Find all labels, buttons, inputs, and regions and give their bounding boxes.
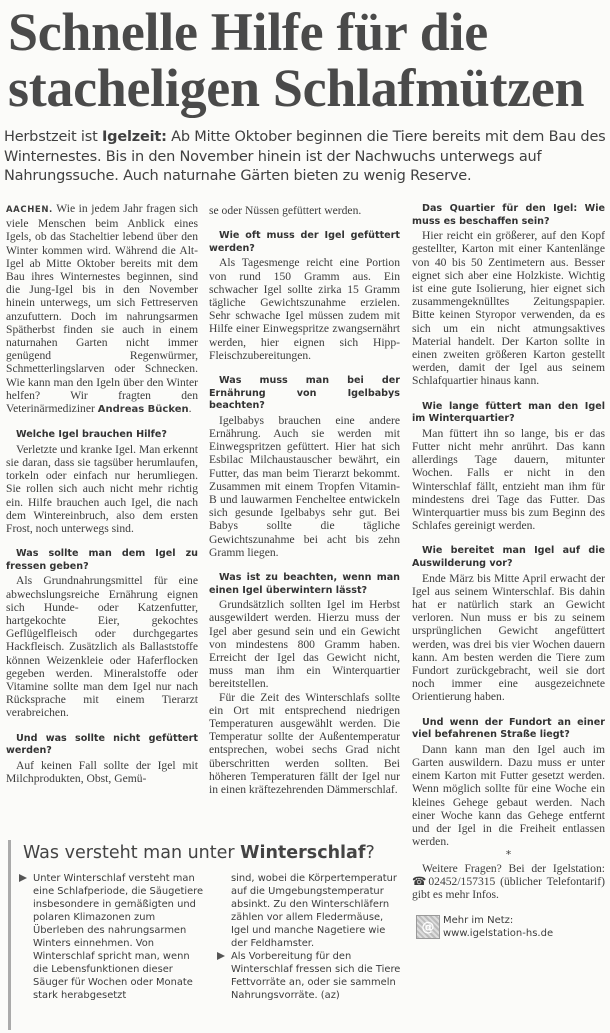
question-heading: Was muss man bei der Ernährung von Igelb…: [209, 375, 400, 413]
answer-paragraph: Auf keinen Fall sollte der Igel mit Milc…: [6, 759, 198, 785]
question-heading: Wie bereitet man Igel auf die Auswilderu…: [412, 545, 605, 570]
infobox-column-1: Unter Winterschlaf versteht man eine Sch…: [19, 872, 207, 1002]
web-label: Mehr im Netz:: [443, 914, 553, 927]
web-link-text: Mehr im Netz: www.igelstation-hs.de: [443, 914, 553, 940]
answer-paragraph: Igelbabys brauchen eine andere Ernährung…: [209, 414, 400, 559]
question-heading: Welche Igel brauchen Hilfe?: [6, 429, 198, 442]
contact-info: Weitere Fragen? Bei der Igelstation: ☎02…: [412, 862, 605, 902]
infobox-title-bold: Winterschlaf: [240, 843, 365, 863]
web-link-block: @ Mehr im Netz: www.igelstation-hs.de: [412, 913, 605, 943]
infobox-bullet-continued: sind, wobei die Körpertemperatur auf die…: [217, 872, 402, 950]
question-heading: Wie oft muss der Igel gefüttert werden?: [209, 230, 400, 255]
column-2: se oder Nüssen gefüttert werden. Wie oft…: [209, 204, 400, 796]
lead-paragraph: Herbstzeit ist Igelzeit: Ab Mitte Oktobe…: [4, 128, 608, 187]
answer-paragraph-continued: se oder Nüssen gefüttert werden.: [209, 204, 400, 217]
dateline: AACHEN.: [6, 205, 53, 215]
answer-paragraph: Man füttert ihn so lange, bis er das Fut…: [412, 427, 605, 533]
lead-bold: Igelzeit:: [102, 129, 167, 145]
intro-text: Wie in jedem Jahr fragen sich viele Mens…: [6, 202, 198, 415]
question-heading: Und wenn der Fundort an einer viel befah…: [412, 717, 605, 742]
bullet-text: Unter Winterschlaf versteht man eine Sch…: [33, 873, 203, 1001]
at-sign-icon: @: [416, 915, 440, 939]
answer-paragraph: Dann kann man den Igel auch im Garten au…: [412, 743, 605, 849]
answer-paragraph: Hier reicht ein größerer, auf den Kopf g…: [412, 229, 605, 387]
answer-paragraph: Für die Zeit des Winterschlafs sollte ei…: [209, 691, 400, 797]
intro-paragraph: AACHEN. Wie in jedem Jahr fragen sich vi…: [6, 202, 198, 416]
bullet-text: Als Vorbereitung für den Winterschlaf fr…: [231, 951, 400, 1001]
infobox-title-text: Was versteht man unter: [23, 843, 240, 863]
infobox-title-end: ?: [365, 843, 374, 863]
answer-paragraph: Ende März bis Mitte April erwacht der Ig…: [412, 572, 605, 704]
lead-text: Herbstzeit ist: [4, 129, 102, 145]
question-heading: Das Quartier für den Igel: Wie muss es b…: [412, 203, 605, 228]
question-heading: Und was sollte nicht gefüttert werden?: [6, 733, 198, 758]
headline: Schnelle Hilfe für die stacheligen Schla…: [8, 4, 608, 116]
question-heading: Was ist zu beachten, wenn man einen Igel…: [209, 572, 400, 597]
intro-end: .: [189, 402, 192, 415]
web-url[interactable]: www.igelstation-hs.de: [443, 927, 553, 940]
column-3: Das Quartier für den Igel: Wie muss es b…: [412, 190, 605, 943]
infobox-column-2: sind, wobei die Körpertemperatur auf die…: [217, 872, 402, 1002]
author-name: Andreas Bücken: [98, 404, 189, 415]
winterschlaf-infobox: Was versteht man unter Winterschlaf? Unt…: [8, 840, 405, 1030]
bullet-triangle-icon: [217, 952, 225, 960]
question-heading: Was sollte man dem Igel zu fressen geben…: [6, 548, 198, 573]
answer-paragraph: Als Tagesmenge reicht eine Portion von r…: [209, 256, 400, 362]
infobox-bullet: Als Vorbereitung für den Winterschlaf fr…: [217, 950, 402, 1002]
column-1: AACHEN. Wie in jedem Jahr fragen sich vi…: [6, 202, 198, 785]
bullet-triangle-icon: [19, 874, 27, 882]
question-heading: Wie lange füttert man den Igel im Winter…: [412, 401, 605, 426]
infobox-title: Was versteht man unter Winterschlaf?: [23, 842, 375, 864]
answer-paragraph: Verletzte und kranke Igel. Man erkennt s…: [6, 443, 198, 535]
asterisk-divider: *: [412, 848, 605, 861]
answer-paragraph: Grundsätzlich sollten Igel im Herbst aus…: [209, 598, 400, 690]
infobox-bullet: Unter Winterschlaf versteht man eine Sch…: [19, 872, 207, 1002]
answer-paragraph: Als Grundnahrungsmittel für eine abwechs…: [6, 574, 198, 719]
